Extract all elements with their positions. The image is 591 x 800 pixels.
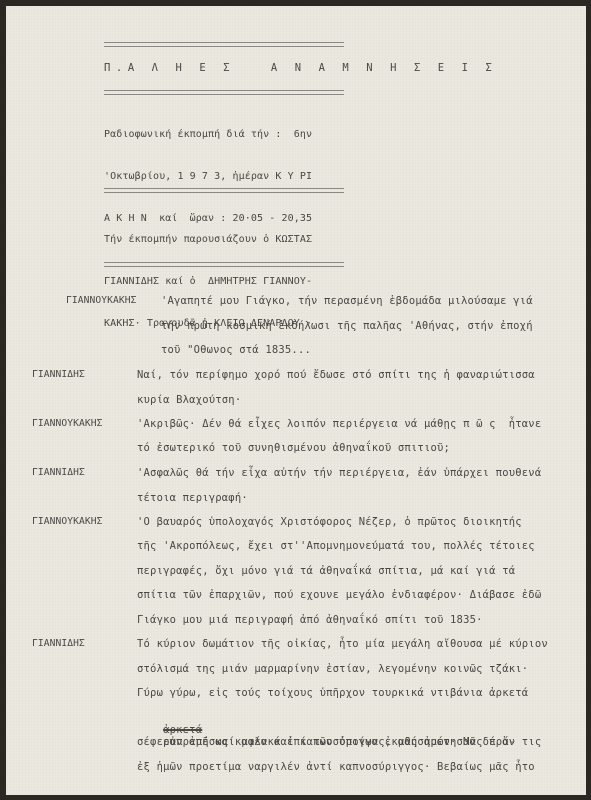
dialogue-line: τοῦ "Οθωνος στά 1835... xyxy=(161,344,311,356)
dialogue-line: ἐξ ἡμῶν προετίμα ναργιλέν ἀντί καπνοσύρι… xyxy=(137,761,535,773)
dialogue-line: Τό κύριον δωμάτιον τῆς οἰκίας, ἦτο μία μ… xyxy=(137,638,548,650)
speaker-label: ΓΙΑΝΝΙΔΗΣ xyxy=(32,369,85,380)
dialogue-line: 'Αγαπητέ μου Γιάγκο, τήν περασμένη ἑβδομ… xyxy=(161,295,533,307)
presenters-info: Τήν έκπομπήν παρουσιάζουν ὁ ΚΩΣΤΑΣ ΓΙΑΝΝ… xyxy=(104,205,354,359)
presenters-line: ΓΙΑΝΝΙΔΗΣ καί ὁ ΔΗΜΗΤΡΗΣ ΓΙΑΝΝΟΥ- xyxy=(104,275,354,289)
speaker-label: ΓΙΑΝΝΟΥΚΑΚΗΣ xyxy=(32,516,103,527)
dialogue-line: 'Ασφαλῶς θά τήν εἶχα αὐτήν τήν περιέργει… xyxy=(137,467,541,479)
broadcast-line: Ραδιοφωνική έκπομπή διά τήν : 6ην xyxy=(104,128,354,142)
dialogue-line: Ναί, τόν περίφημο χορό πού ἔδωσε στό σπί… xyxy=(137,369,535,381)
struck-word: ἀρκετά xyxy=(163,724,202,736)
speaker-label: ΓΙΑΝΝΟΥΚΑΚΗΣ xyxy=(66,295,137,306)
bottom-rule xyxy=(104,262,344,267)
speaker-label: ΓΙΑΝΝΙΔΗΣ xyxy=(32,638,85,649)
dialogue-line: 'Ακριβῶς· Δέν θά εἶχες λοιπόν περιέργεια… xyxy=(137,418,541,430)
dialogue-line: τῆς 'Ακροπόλεως, ἔχει στ''Απομνημονεύματ… xyxy=(137,540,535,552)
dialogue-line: τέτοια περιγραφή· xyxy=(137,492,248,504)
dialogue-line: περιγραφές, ὄχι μόνο γιά τά ἀθηναΐκά σπί… xyxy=(137,565,515,577)
dialogue-line: τήν πρώτη κοσμική ἐκδήλωσι τῆς παλῆας 'Α… xyxy=(161,320,533,332)
presenters-line: Τήν έκπομπήν παρουσιάζουν ὁ ΚΩΣΤΑΣ xyxy=(104,233,354,247)
speaker-label: ΓΙΑΝΝΙΔΗΣ xyxy=(32,467,85,478)
dialogue-line: σέφεραν ἀμέσως καφέν καί καπνοσύριγγας, … xyxy=(137,736,541,748)
broadcast-line: 'Οκτωβρίου, 1 9 7 3, ἡμέραν Κ Υ ΡΙ xyxy=(104,170,354,184)
dialogue-line: Γύρω γύρω, εἰς τούς τοίχους ὑπῆρχον τουρ… xyxy=(137,687,528,699)
title-rule xyxy=(104,90,344,95)
top-rule xyxy=(104,42,344,47)
dialogue-line: κυρία Βλαχούτση· xyxy=(137,394,241,406)
dialogue-line: τό ἐσωτερικό τοῦ συνηθισμένου ἀθηναΐκοῦ … xyxy=(137,442,450,454)
typewritten-page: Π.Α Λ Η Ε Σ Α Ν Α Μ Ν Η Σ Ε Ι Σ Ραδιοφων… xyxy=(6,6,586,795)
dialogue-line: σπίτια τῶν ἐπαρχιῶν, πού εχουνε μεγάλο ἐ… xyxy=(137,589,541,601)
dialogue-line: Γιάγκο μου μιά περιγραφή ἀπό ἀθηναΐκό σπ… xyxy=(137,614,483,626)
dialogue-line: στόλισμά της μιάν μαρμαρίνην ἐστίαν, λεγ… xyxy=(137,663,528,675)
speaker-label: ΓΙΑΝΝΟΥΚΑΚΗΣ xyxy=(32,418,103,429)
info-rule xyxy=(104,188,344,193)
program-title: Π.Α Λ Η Ε Σ Α Ν Α Μ Ν Η Σ Ε Ι Σ xyxy=(104,62,497,74)
dialogue-line: 'Ο βαυαρός ὑπολοχαγός Χριστόφορος Νέζερ,… xyxy=(137,516,522,528)
